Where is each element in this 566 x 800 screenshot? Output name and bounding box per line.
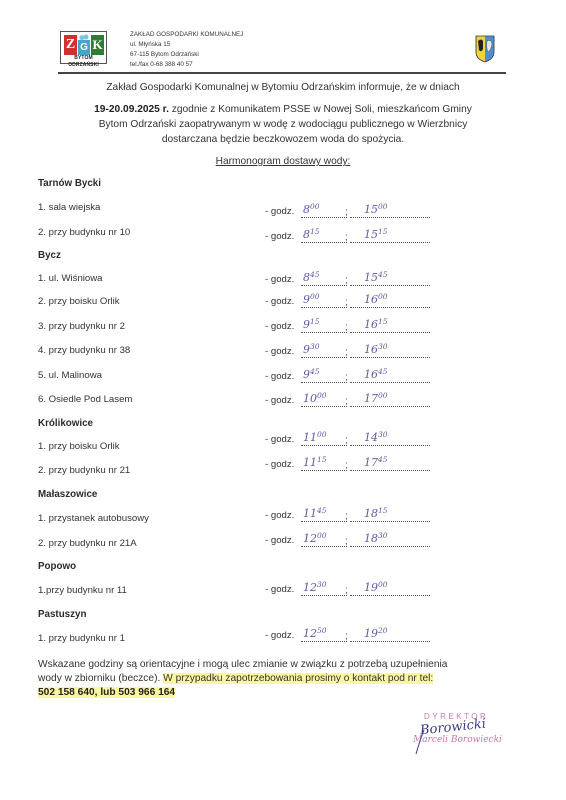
- end-hour: 17: [364, 456, 378, 469]
- end-time-dotted-line: [350, 521, 430, 522]
- time-separator: ;: [345, 460, 348, 471]
- start-time-dotted-line: [301, 285, 347, 286]
- start-time-dotted-line: [301, 382, 347, 383]
- time-separator: ;: [345, 536, 348, 547]
- start-time-handwritten: 1250: [303, 627, 327, 640]
- end-time-dotted-line: [350, 332, 430, 333]
- end-minute: 45: [378, 367, 388, 376]
- end-hour: 15: [364, 271, 378, 284]
- address-city: 67-115 Bytom Odrzański: [130, 51, 199, 58]
- coat-of-arms-icon: [475, 35, 495, 63]
- end-minute: 30: [378, 430, 388, 439]
- start-time-dotted-line: [301, 521, 347, 522]
- address-street: ul. Młyńska 15: [130, 41, 170, 48]
- end-time-handwritten: 1700: [364, 392, 388, 405]
- end-minute: 15: [378, 506, 388, 515]
- stop-label: 1. sala wiejska: [38, 202, 100, 213]
- start-time-handwritten: 1100: [303, 431, 327, 444]
- zgk-logo-icon: Z G K BYTOM ODRZAŃSKI: [60, 31, 107, 64]
- end-time-handwritten: 1645: [364, 368, 388, 381]
- end-hour: 17: [364, 392, 378, 405]
- village-name: Tarnów Bycki: [38, 178, 101, 189]
- village-name: Królikowice: [38, 418, 93, 429]
- start-hour: 9: [303, 318, 310, 331]
- start-time-dotted-line: [301, 307, 347, 308]
- start-hour: 9: [303, 343, 310, 356]
- end-time-handwritten: 1515: [364, 228, 388, 241]
- end-time-dotted-line: [350, 242, 430, 243]
- logo-letter-g: G: [78, 40, 90, 55]
- start-time-handwritten: 1115: [303, 456, 327, 469]
- end-time-handwritten: 1545: [364, 271, 388, 284]
- stop-label: 1. ul. Wiśniowa: [38, 273, 103, 284]
- stop-label: 2. przy budynku nr 21: [38, 465, 130, 476]
- end-time-handwritten: 1830: [364, 532, 388, 545]
- stop-label: 1.przy budynku nr 11: [38, 585, 127, 596]
- godz-label: - godz.: [265, 395, 294, 406]
- start-time-dotted-line: [301, 332, 347, 333]
- start-hour: 11: [303, 456, 317, 469]
- start-time-handwritten: 915: [303, 318, 320, 331]
- start-time-dotted-line: [301, 595, 347, 596]
- end-hour: 14: [364, 431, 378, 444]
- end-time-dotted-line: [350, 357, 430, 358]
- end-hour: 19: [364, 581, 378, 594]
- end-minute: 45: [378, 455, 388, 464]
- end-minute: 20: [378, 626, 388, 635]
- end-minute: 30: [378, 531, 388, 540]
- start-minute: 50: [317, 626, 327, 635]
- end-hour: 15: [364, 228, 378, 241]
- start-hour: 12: [303, 581, 317, 594]
- stop-label: 2. przy budynku nr 21A: [38, 538, 137, 549]
- end-minute: 15: [378, 227, 388, 236]
- end-time-handwritten: 1430: [364, 431, 388, 444]
- godz-label: - godz.: [265, 630, 294, 641]
- godz-label: - godz.: [265, 584, 294, 595]
- start-minute: 15: [317, 455, 327, 464]
- start-time-dotted-line: [301, 445, 347, 446]
- time-separator: ;: [345, 297, 348, 308]
- village-name: Małaszowice: [38, 489, 97, 500]
- end-time-handwritten: 1500: [364, 203, 388, 216]
- start-time-handwritten: 800: [303, 203, 320, 216]
- godz-label: - godz.: [265, 231, 294, 242]
- stop-label: 5. ul. Malinowa: [38, 370, 102, 381]
- time-separator: ;: [345, 511, 348, 522]
- end-hour: 16: [364, 293, 378, 306]
- start-time-dotted-line: [301, 406, 347, 407]
- end-time-dotted-line: [350, 307, 430, 308]
- end-hour: 16: [364, 318, 378, 331]
- time-separator: ;: [345, 435, 348, 446]
- end-minute: 00: [378, 202, 388, 211]
- end-minute: 00: [378, 580, 388, 589]
- end-time-handwritten: 1600: [364, 293, 388, 306]
- intro-line-4: dostarczana będzie beczkowozem woda do s…: [0, 134, 566, 145]
- start-time-handwritten: 1200: [303, 532, 327, 545]
- start-minute: 00: [310, 202, 320, 211]
- end-minute: 00: [378, 391, 388, 400]
- godz-label: - godz.: [265, 206, 294, 217]
- contact-highlight: W przypadku zapotrzebowania prosimy o ko…: [163, 673, 433, 684]
- stop-label: 4. przy budynku nr 38: [38, 345, 130, 356]
- header-divider: [58, 72, 506, 74]
- godz-label: - godz.: [265, 346, 294, 357]
- start-minute: 00: [310, 292, 320, 301]
- end-time-dotted-line: [350, 470, 430, 471]
- end-hour: 16: [364, 343, 378, 356]
- time-separator: ;: [345, 232, 348, 243]
- end-time-dotted-line: [350, 406, 430, 407]
- godz-label: - godz.: [265, 459, 294, 470]
- start-minute: 15: [310, 317, 320, 326]
- end-time-handwritten: 1615: [364, 318, 388, 331]
- start-hour: 12: [303, 627, 317, 640]
- signature-stroke-icon: [410, 728, 430, 756]
- intro-line-2: 19-20.09.2025 r. zgodnie z Komunikatem P…: [0, 104, 566, 115]
- logo-caption: BYTOM ODRZAŃSKI: [62, 55, 105, 62]
- start-hour: 10: [303, 392, 317, 405]
- start-time-dotted-line: [301, 470, 347, 471]
- village-name: Bycz: [38, 250, 61, 261]
- start-hour: 11: [303, 431, 317, 444]
- end-hour: 18: [364, 532, 378, 545]
- org-name: ZAKŁAD GOSPODARKI KOMUNALNEJ: [130, 31, 243, 38]
- phone-numbers[interactable]: 502 158 640, lub 503 966 164: [38, 687, 175, 698]
- start-hour: 9: [303, 368, 310, 381]
- end-hour: 18: [364, 507, 378, 520]
- time-separator: ;: [345, 347, 348, 358]
- start-time-dotted-line: [301, 357, 347, 358]
- start-time-handwritten: 930: [303, 343, 320, 356]
- start-time-handwritten: 845: [303, 271, 320, 284]
- stop-label: 1. przystanek autobusowy: [38, 513, 149, 524]
- end-time-dotted-line: [350, 382, 430, 383]
- end-time-handwritten: 1815: [364, 507, 388, 520]
- start-time-dotted-line: [301, 641, 347, 642]
- end-time-dotted-line: [350, 595, 430, 596]
- stop-label: 2. przy budynku nr 10: [38, 227, 130, 238]
- logo-letter-k: K: [91, 35, 104, 55]
- start-minute: 30: [310, 342, 320, 351]
- intro-line-2-rest: zgodnie z Komunikatem PSSE w Nowej Soli,…: [169, 104, 472, 115]
- start-hour: 8: [303, 228, 310, 241]
- note-plain: wody w zbiorniku (beczce).: [38, 673, 163, 684]
- end-minute: 00: [378, 292, 388, 301]
- time-separator: ;: [345, 207, 348, 218]
- village-name: Pastuszyn: [38, 609, 86, 620]
- start-hour: 12: [303, 532, 317, 545]
- note-line-2: wody w zbiorniku (beczce). W przypadku z…: [38, 673, 433, 684]
- end-time-handwritten: 1900: [364, 581, 388, 594]
- start-time-handwritten: 815: [303, 228, 320, 241]
- end-time-handwritten: 1630: [364, 343, 388, 356]
- time-separator: ;: [345, 631, 348, 642]
- time-separator: ;: [345, 396, 348, 407]
- end-time-dotted-line: [350, 217, 430, 218]
- start-hour: 8: [303, 203, 310, 216]
- godz-label: - godz.: [265, 535, 294, 546]
- start-time-handwritten: 945: [303, 368, 320, 381]
- delivery-date: 19-20.09.2025 r.: [94, 104, 169, 115]
- end-hour: 15: [364, 203, 378, 216]
- start-time-dotted-line: [301, 217, 347, 218]
- godz-label: - godz.: [265, 434, 294, 445]
- godz-label: - godz.: [265, 371, 294, 382]
- note-line-1: Wskazane godziny są orientacyjne i mogą …: [38, 659, 447, 670]
- start-minute: 00: [317, 430, 327, 439]
- time-separator: ;: [345, 585, 348, 596]
- end-time-dotted-line: [350, 445, 430, 446]
- intro-line-3: Bytom Odrzański zaopatrywanym w wodę z w…: [0, 119, 566, 130]
- start-minute: 45: [317, 506, 327, 515]
- stop-label: 1. przy budynku nr 1: [38, 633, 125, 644]
- godz-label: - godz.: [265, 274, 294, 285]
- stop-label: 1. przy boisku Orlik: [38, 441, 120, 452]
- intro-line-1: Zakład Gospodarki Komunalnej w Bytomiu O…: [0, 82, 566, 93]
- start-time-handwritten: 1145: [303, 507, 327, 520]
- start-hour: 8: [303, 271, 310, 284]
- start-minute: 15: [310, 227, 320, 236]
- start-minute: 00: [317, 391, 327, 400]
- start-minute: 45: [310, 367, 320, 376]
- stop-label: 3. przy budynku nr 2: [38, 321, 125, 332]
- start-time-handwritten: 1000: [303, 392, 327, 405]
- end-time-handwritten: 1745: [364, 456, 388, 469]
- logo-letter-z: Z: [64, 35, 77, 55]
- village-name: Popowo: [38, 561, 76, 572]
- start-minute: 00: [317, 531, 327, 540]
- time-separator: ;: [345, 275, 348, 286]
- start-time-dotted-line: [301, 242, 347, 243]
- start-hour: 11: [303, 507, 317, 520]
- start-hour: 9: [303, 293, 310, 306]
- end-minute: 15: [378, 317, 388, 326]
- end-hour: 19: [364, 627, 378, 640]
- time-separator: ;: [345, 322, 348, 333]
- end-time-handwritten: 1920: [364, 627, 388, 640]
- time-separator: ;: [345, 372, 348, 383]
- end-minute: 45: [378, 270, 388, 279]
- start-time-dotted-line: [301, 546, 347, 547]
- start-minute: 30: [317, 580, 327, 589]
- stop-label: 2. przy boisku Orlik: [38, 296, 120, 307]
- start-time-handwritten: 1230: [303, 581, 327, 594]
- schedule-title: Harmonogram dostawy wody:: [0, 156, 566, 167]
- start-minute: 45: [310, 270, 320, 279]
- end-hour: 16: [364, 368, 378, 381]
- end-minute: 30: [378, 342, 388, 351]
- contact-phones: 502 158 640, lub 503 966 164: [38, 687, 175, 698]
- stop-label: 6. Osiedle Pod Lasem: [38, 394, 132, 405]
- org-phone: tel./fax 0-68 388 40 57: [130, 61, 193, 68]
- godz-label: - godz.: [265, 510, 294, 521]
- end-time-dotted-line: [350, 641, 430, 642]
- godz-label: - godz.: [265, 321, 294, 332]
- start-time-handwritten: 900: [303, 293, 320, 306]
- godz-label: - godz.: [265, 296, 294, 307]
- end-time-dotted-line: [350, 285, 430, 286]
- end-time-dotted-line: [350, 546, 430, 547]
